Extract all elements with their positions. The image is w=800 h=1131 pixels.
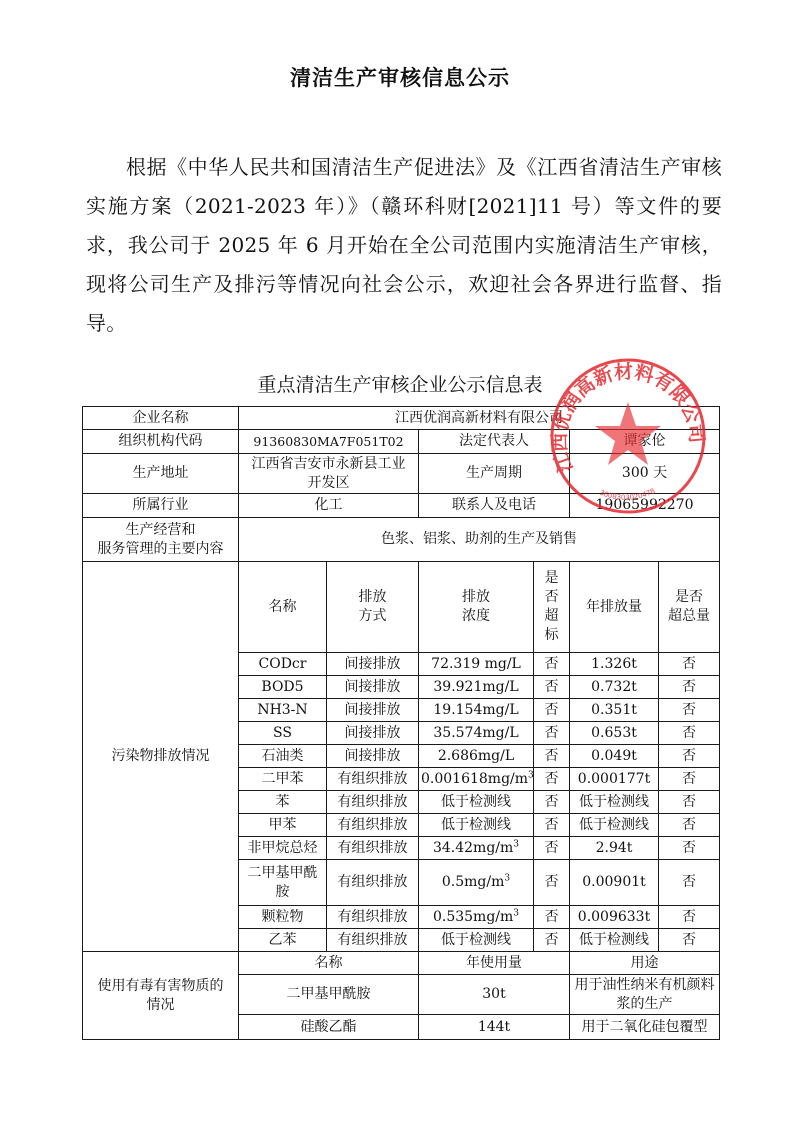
cell-method: 间接排放 (327, 745, 419, 768)
row-industry: 所属行业 化工 联系人及电话 19065992270 (83, 494, 720, 518)
header-total-l1: 是否 (661, 588, 717, 607)
cell-over-total: 否 (659, 653, 720, 676)
label-legal-rep: 法定代表人 (419, 430, 570, 454)
header-over-total: 是否 超总量 (659, 562, 720, 653)
toxic-header-name: 名称 (239, 952, 419, 975)
cell-annual: 0.351t (570, 699, 659, 722)
cell-over-total: 否 (659, 814, 720, 837)
header-name: 名称 (239, 562, 327, 653)
header-exceed-c2: 否 (536, 588, 567, 607)
row-business: 生产经营和 服务管理的主要内容 色浆、铝浆、助剂的生产及销售 (83, 518, 720, 562)
cell-annual: 0.00901t (570, 860, 659, 906)
toxic-header-purpose: 用途 (570, 952, 720, 975)
cell-method: 有组织排放 (327, 906, 419, 929)
cell-exceed: 否 (534, 906, 570, 929)
header-conc-l1: 排放 (421, 588, 531, 607)
label-industry: 所属行业 (83, 494, 239, 518)
cell-method: 间接排放 (327, 699, 419, 722)
cell-exceed: 否 (534, 929, 570, 952)
cell-over-total: 否 (659, 768, 720, 791)
header-total-l2: 超总量 (661, 607, 717, 626)
cell-name: NH3-N (239, 699, 327, 722)
toxic-cell-purpose: 用于油性纳米有机颜料浆的生产 (570, 975, 720, 1015)
value-business: 色浆、铝浆、助剂的生产及销售 (239, 518, 720, 562)
cell-method: 有组织排放 (327, 860, 419, 906)
cell-over-total: 否 (659, 906, 720, 929)
cell-over-total: 否 (659, 699, 720, 722)
cell-annual: 1.326t (570, 653, 659, 676)
header-annual: 年排放量 (570, 562, 659, 653)
cell-exceed: 否 (534, 745, 570, 768)
header-concentration: 排放 浓度 (419, 562, 534, 653)
value-address: 江西省吉安市永新县工业开发区 (239, 454, 419, 494)
cell-method: 有组织排放 (327, 929, 419, 952)
cell-over-total: 否 (659, 722, 720, 745)
cell-conc: 72.319 mg/L (419, 653, 534, 676)
cell-name: 颗粒物 (239, 906, 327, 929)
label-org-code: 组织机构代码 (83, 430, 239, 454)
cell-conc: 39.921mg/L (419, 676, 534, 699)
cell-name: SS (239, 722, 327, 745)
toxic-header-annual-use: 年使用量 (419, 952, 570, 975)
cell-name: 非甲烷总烃 (239, 837, 327, 860)
header-exceed: 是 否 超 标 (534, 562, 570, 653)
cell-exceed: 否 (534, 814, 570, 837)
intro-paragraph: 根据《中华人民共和国清洁生产促进法》及《江西省清洁生产审核实施方案（2021-2… (86, 148, 722, 343)
cell-name: 乙苯 (239, 929, 327, 952)
toxic-cell-name: 二甲基甲酰胺 (239, 975, 419, 1015)
toxic-cell-name: 硅酸乙酯 (239, 1015, 419, 1040)
cell-annual: 低于检测线 (570, 791, 659, 814)
cell-conc: 低于检测线 (419, 814, 534, 837)
header-method-l1: 排放 (329, 588, 416, 607)
toxic-cell-annual-use: 144t (419, 1015, 570, 1040)
cell-conc: 2.686mg/L (419, 745, 534, 768)
value-contact: 19065992270 (570, 494, 720, 518)
header-conc-l2: 浓度 (421, 607, 531, 626)
value-cycle: 300 天 (570, 454, 720, 494)
conc-value: 0.535mg/m (433, 909, 513, 925)
cell-conc: 19.154mg/L (419, 699, 534, 722)
conc-sup: 3 (504, 873, 510, 883)
cell-name: BOD5 (239, 676, 327, 699)
cell-annual: 0.049t (570, 745, 659, 768)
cell-over-total: 否 (659, 676, 720, 699)
page-title: 清洁生产审核信息公示 (0, 62, 800, 92)
cell-name: 苯 (239, 791, 327, 814)
header-exceed-c1: 是 (536, 569, 567, 588)
label-business-line1: 生产经营和 (85, 521, 236, 540)
cell-annual: 低于检测线 (570, 814, 659, 837)
cell-method: 间接排放 (327, 676, 419, 699)
cell-over-total: 否 (659, 860, 720, 906)
cell-method: 有组织排放 (327, 768, 419, 791)
cell-exceed: 否 (534, 791, 570, 814)
cell-exceed: 否 (534, 722, 570, 745)
cell-conc: 35.574mg/L (419, 722, 534, 745)
toxic-cell-annual-use: 30t (419, 975, 570, 1015)
cell-method: 有组织排放 (327, 814, 419, 837)
cell-conc: 0.001618mg/m3 (419, 768, 534, 791)
row-address: 生产地址 江西省吉安市永新县工业开发区 生产周期 300 天 (83, 454, 720, 494)
cell-method: 有组织排放 (327, 837, 419, 860)
row-org-code: 组织机构代码 91360830MA7F051T02 法定代表人 谭家伦 (83, 430, 720, 454)
label-business: 生产经营和 服务管理的主要内容 (83, 518, 239, 562)
conc-value: 34.42mg/m (433, 840, 513, 856)
header-method: 排放 方式 (327, 562, 419, 653)
label-business-line2: 服务管理的主要内容 (85, 540, 236, 559)
cell-over-total: 否 (659, 929, 720, 952)
toxic-cell-purpose: 用于二氧化硅包覆型 (570, 1015, 720, 1040)
value-legal-rep: 谭家伦 (570, 430, 720, 454)
label-toxic: 使用有毒有害物质的情况 (83, 952, 239, 1040)
cell-annual: 2.94t (570, 837, 659, 860)
intro-text: 根据《中华人民共和国清洁生产促进法》及《江西省清洁生产审核实施方案（2021-2… (86, 148, 722, 343)
cell-annual: 0.732t (570, 676, 659, 699)
header-exceed-c3: 超 (536, 607, 567, 626)
cell-over-total: 否 (659, 791, 720, 814)
toxic-header-row: 使用有毒有害物质的情况 名称 年使用量 用途 (83, 952, 720, 975)
label-pollutants: 污染物排放情况 (83, 562, 239, 952)
cell-exceed: 否 (534, 768, 570, 791)
conc-sup: 3 (513, 839, 519, 849)
cell-conc: 34.42mg/m3 (419, 837, 534, 860)
cell-method: 间接排放 (327, 653, 419, 676)
cell-conc: 低于检测线 (419, 791, 534, 814)
cell-over-total: 否 (659, 745, 720, 768)
cell-name: 甲苯 (239, 814, 327, 837)
cell-exceed: 否 (534, 837, 570, 860)
cell-conc: 低于检测线 (419, 929, 534, 952)
cell-method: 间接排放 (327, 722, 419, 745)
cell-name: CODcr (239, 653, 327, 676)
value-org-code: 91360830MA7F051T02 (239, 430, 419, 454)
label-cycle: 生产周期 (419, 454, 570, 494)
cell-conc: 0.535mg/m3 (419, 906, 534, 929)
header-exceed-c4: 标 (536, 626, 567, 645)
cell-exceed: 否 (534, 676, 570, 699)
conc-sup: 3 (513, 908, 519, 918)
conc-value: 0.5mg/m (442, 874, 505, 890)
row-company-name: 企业名称 江西优润高新材料有限公司 (83, 407, 720, 430)
value-company-name: 江西优润高新材料有限公司 (239, 407, 720, 430)
cell-exceed: 否 (534, 699, 570, 722)
table-title: 重点清洁生产审核企业公示信息表 (0, 370, 800, 397)
conc-value: 0.001618mg/m (421, 771, 528, 787)
value-industry: 化工 (239, 494, 419, 518)
cell-annual: 低于检测线 (570, 929, 659, 952)
cell-name: 石油类 (239, 745, 327, 768)
cell-annual: 0.009633t (570, 906, 659, 929)
label-address: 生产地址 (83, 454, 239, 494)
label-contact: 联系人及电话 (419, 494, 570, 518)
cell-annual: 0.653t (570, 722, 659, 745)
cell-name: 二甲苯 (239, 768, 327, 791)
cell-method: 有组织排放 (327, 791, 419, 814)
header-method-l2: 方式 (329, 607, 416, 626)
cell-exceed: 否 (534, 653, 570, 676)
label-company-name: 企业名称 (83, 407, 239, 430)
cell-name: 二甲基甲酰胺 (239, 860, 327, 906)
conc-sup: 3 (528, 770, 534, 780)
pollutant-header-row: 污染物排放情况 名称 排放 方式 排放 浓度 是 否 超 标 年排放量 是否 超… (83, 562, 720, 653)
cell-conc: 0.5mg/m3 (419, 860, 534, 906)
cell-annual: 0.000177t (570, 768, 659, 791)
cell-exceed: 否 (534, 860, 570, 906)
disclosure-table: 企业名称 江西优润高新材料有限公司 组织机构代码 91360830MA7F051… (82, 406, 720, 1040)
cell-over-total: 否 (659, 837, 720, 860)
